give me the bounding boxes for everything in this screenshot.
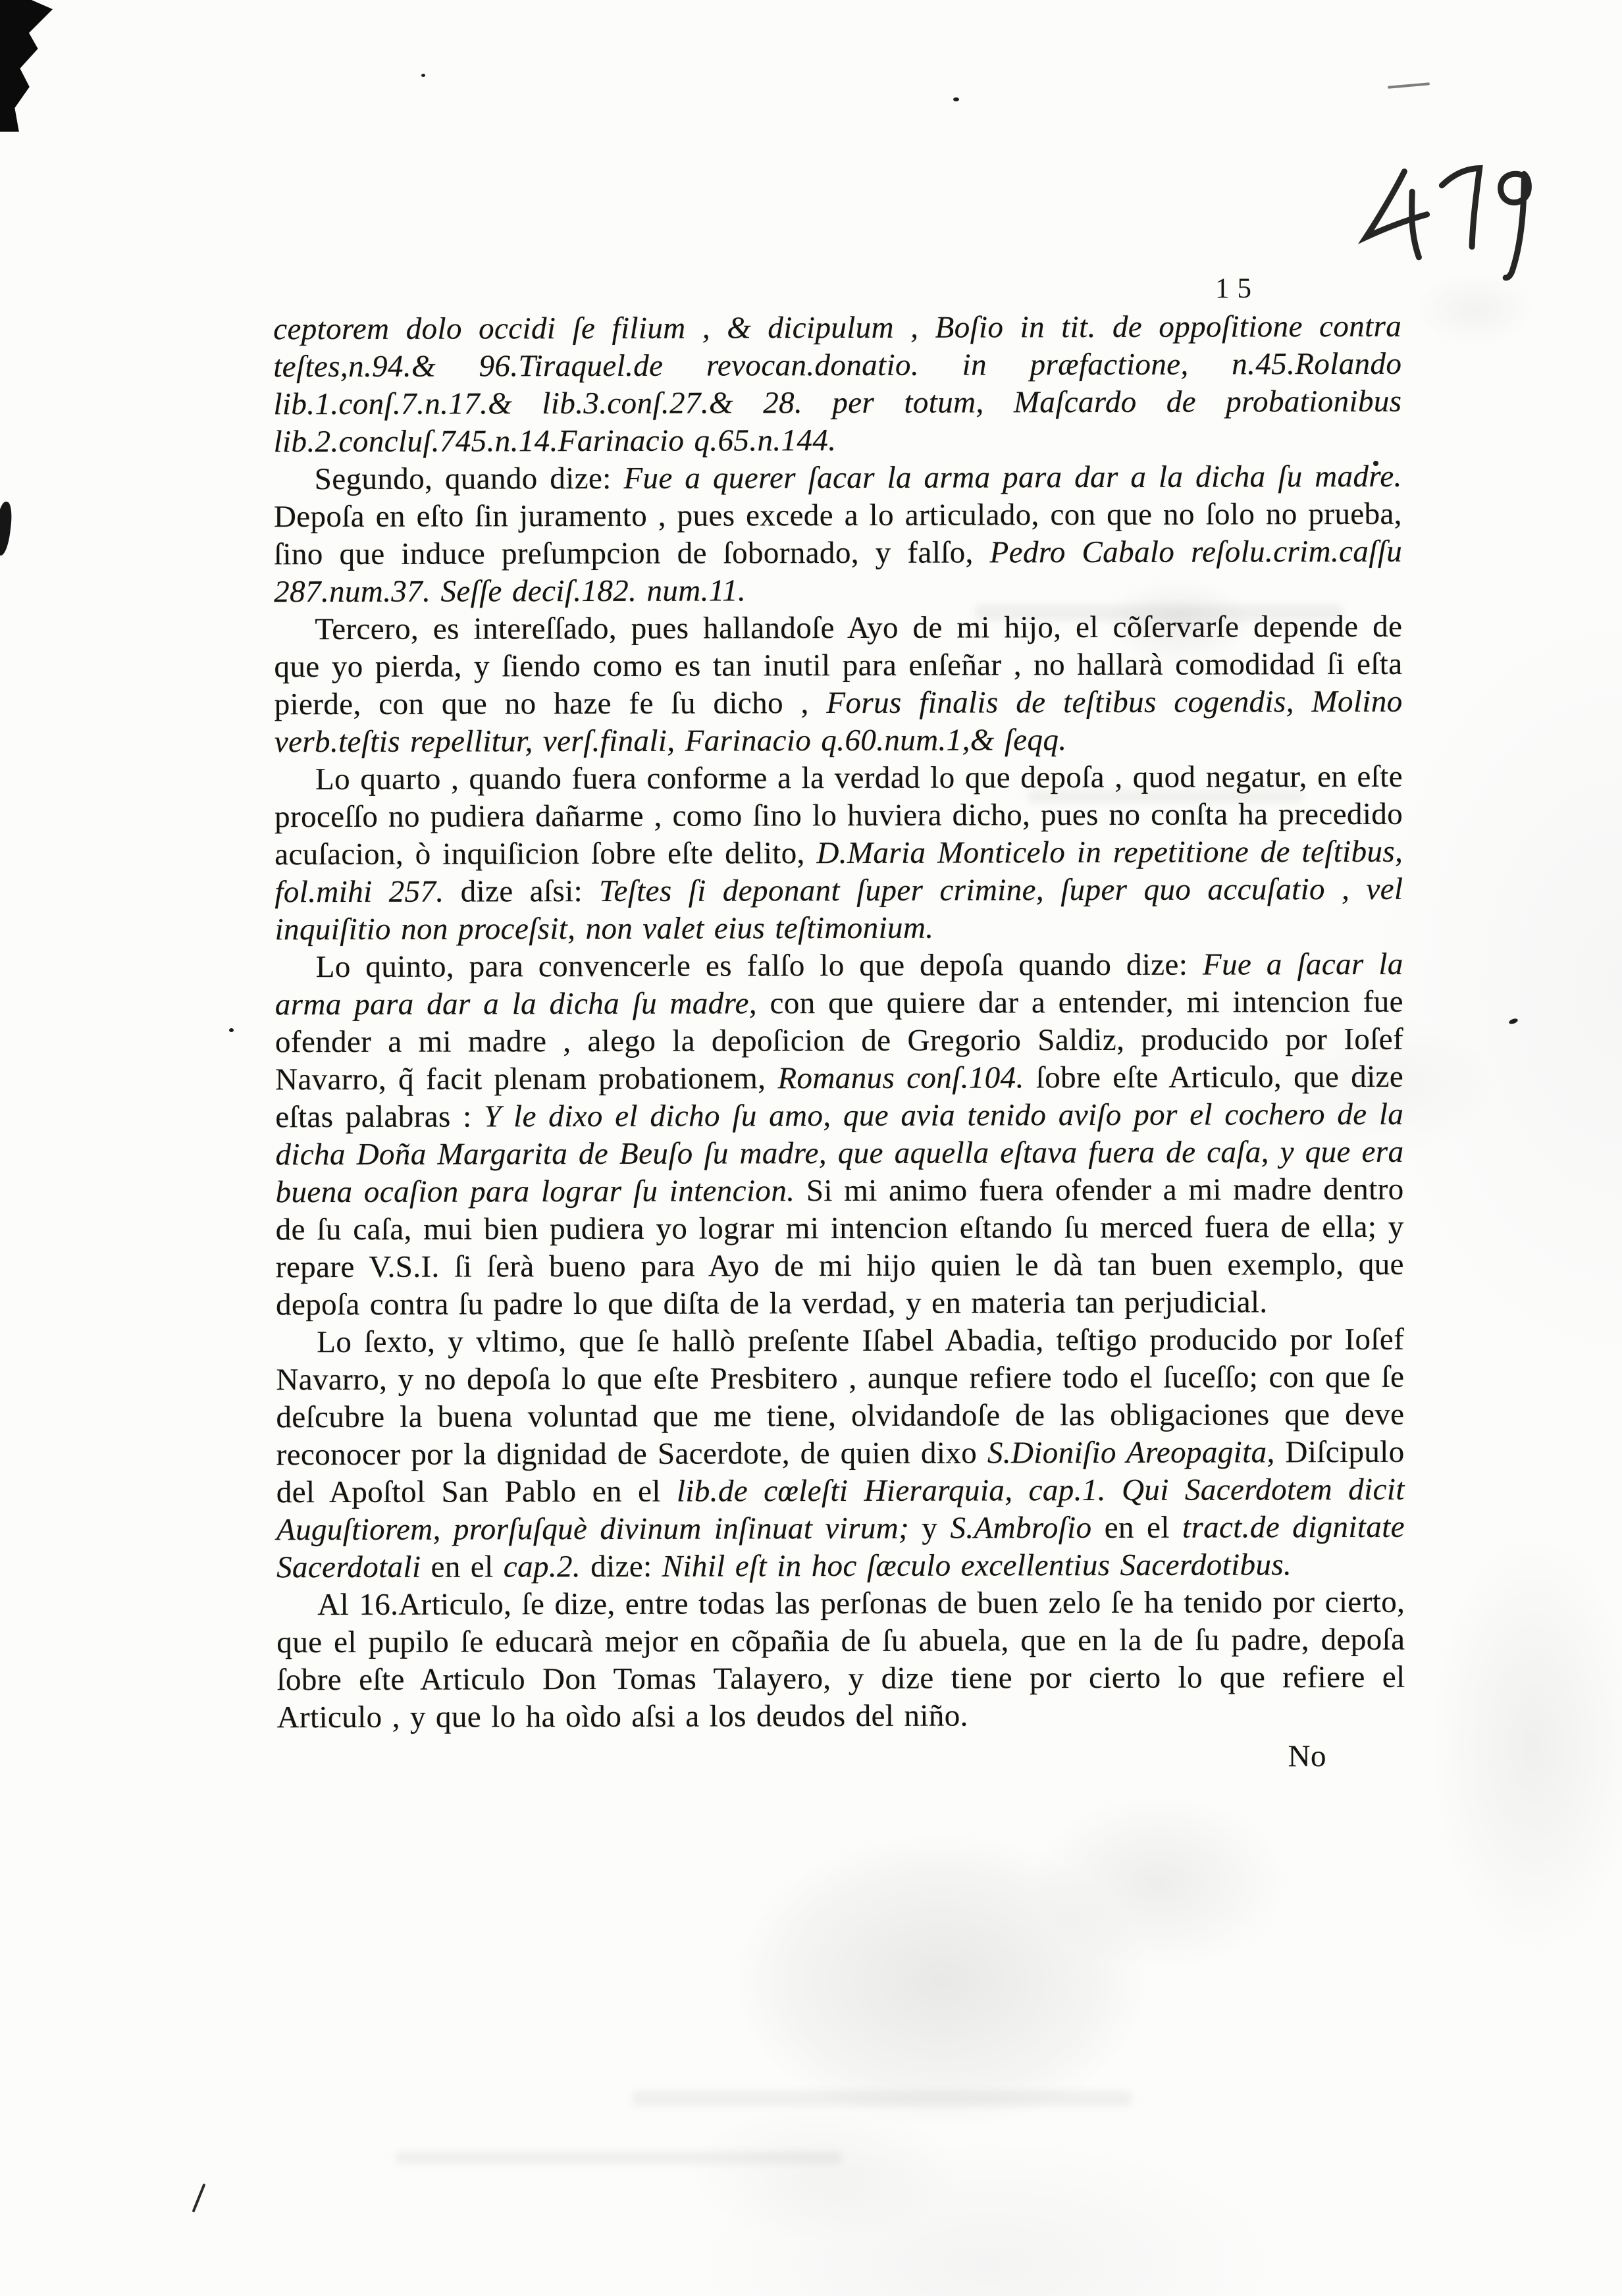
binding-ink-mark (0, 0, 53, 132)
pen-slash-mark (192, 2183, 206, 2212)
scan-page: 15 ceptorem dolo occidi ſe filium , & di… (0, 0, 1622, 2296)
paragraph: ceptorem dolo occidi ſe filium , & dicip… (273, 308, 1402, 461)
citation-text: S.Dioniſio Areopagita, (987, 1435, 1275, 1470)
paragraph: Segundo, quando dize: Fue a querer ſacar… (274, 458, 1403, 611)
text-block: ceptorem dolo occidi ſe filium , & dicip… (273, 308, 1405, 1778)
edge-ink-mark (0, 501, 14, 556)
handwritten-folio-number (1355, 143, 1552, 308)
pen-stroke-mark (1388, 82, 1430, 89)
body-text: Lo quinto, para convencerle es falſo lo … (316, 948, 1203, 985)
paragraphs-container: ceptorem dolo occidi ſe filium , & dicip… (273, 308, 1405, 1736)
citation-text: cap.2. (504, 1550, 581, 1584)
handwriting-479-strokes (1355, 143, 1552, 308)
body-text: Segundo, quando dize: (315, 461, 624, 496)
body-text: dize: (581, 1550, 662, 1584)
ink-speck (229, 1028, 234, 1032)
paragraph: Al 16.Articulo, ſe dize, entre todas las… (276, 1584, 1405, 1736)
paragraph: Lo ſexto, y vltimo, que ſe hallò preſent… (276, 1321, 1405, 1586)
body-text: Al 16.Articulo, ſe dize, entre todas las… (276, 1585, 1405, 1735)
citation-text: Nihil eſt in hoc ſæculo excellentius Sac… (662, 1548, 1292, 1584)
paragraph: Tercero, es intereſſado, pues hallandoſe… (274, 608, 1403, 761)
bleedthrough-mark (395, 2151, 843, 2164)
catchword: No (277, 1738, 1405, 1778)
ink-speck (953, 97, 959, 101)
body-text: en el (421, 1550, 503, 1584)
body-text: en el (1091, 1511, 1182, 1545)
ink-speck (421, 74, 425, 77)
body-text: dize aſsi: (444, 874, 599, 909)
citation-text: ceptorem dolo occidi ſe filium , & dicip… (273, 309, 1401, 459)
citation-text: Romanus conſ.104. (777, 1060, 1024, 1095)
paragraph: Lo quinto, para convencerle es falſo lo … (275, 946, 1404, 1324)
body-text: y (909, 1511, 950, 1546)
citation-text: S.Ambroſio (950, 1511, 1091, 1546)
citation-text: Fue a querer ſacar la arma para dar a la… (623, 459, 1401, 496)
page-number: 15 (1215, 273, 1259, 305)
bleedthrough-mark (632, 2091, 1132, 2106)
ink-speck (1508, 1018, 1519, 1025)
paragraph: Lo quarto , quando fuera conforme a la v… (275, 758, 1403, 949)
